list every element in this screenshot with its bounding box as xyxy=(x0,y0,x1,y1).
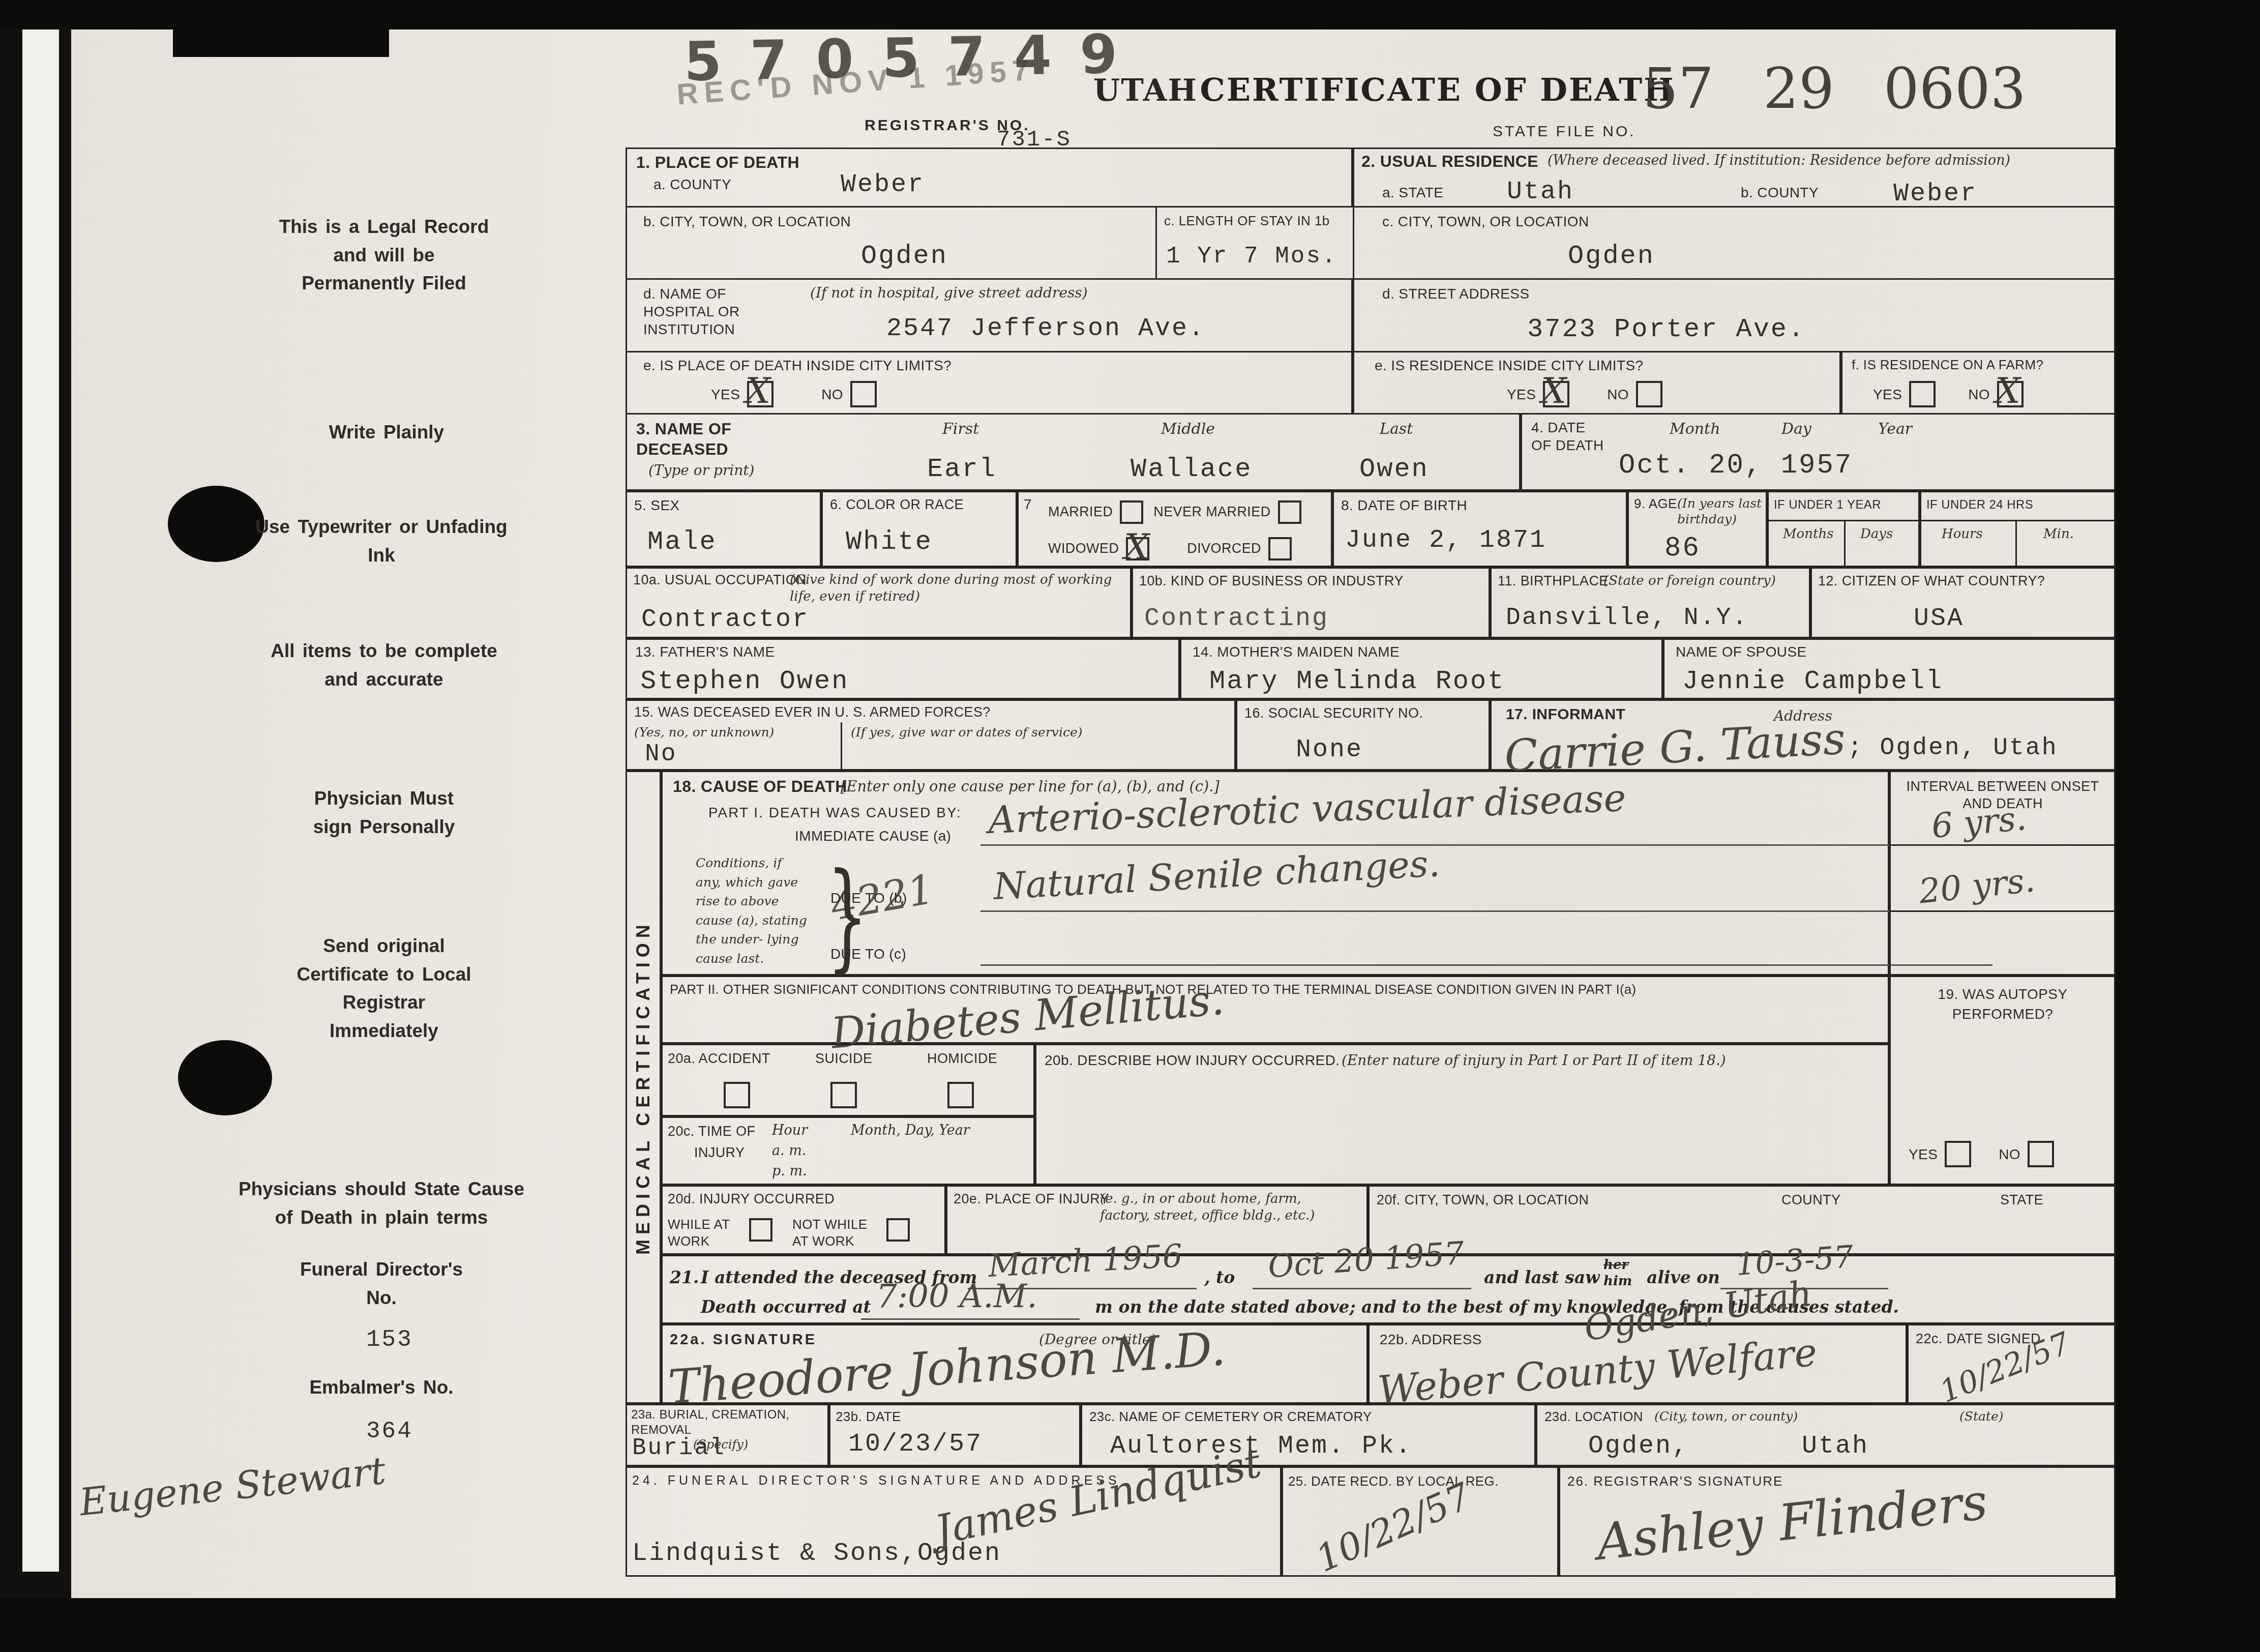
brace-glyph: } xyxy=(827,848,868,984)
mother-label: 14. MOTHER'S MAIDEN NAME xyxy=(1193,643,1400,661)
res-state-label: a. STATE xyxy=(1382,184,1443,201)
informant-address-value: ; Ogden, Utah xyxy=(1848,734,2058,762)
cemetery-label: 23c. NAME OF CEMETERY OR CREMATORY xyxy=(1089,1408,1372,1425)
margin-note-plain-terms: Physicians should State Cause of Death i… xyxy=(229,1175,534,1231)
burial-state-value: Utah xyxy=(1802,1432,1869,1461)
scan-right-band xyxy=(2116,0,2260,1652)
checkbox-pod-limits-no xyxy=(850,381,877,407)
res-limits-label: e. IS RESIDENCE INSIDE CITY LIMITS? xyxy=(1375,357,1644,374)
widowed-label: WIDOWED xyxy=(1048,540,1119,557)
days-label: Days xyxy=(1860,526,1893,543)
punch-hole xyxy=(178,1040,272,1115)
spouse-value: Jennie Campbell xyxy=(1682,666,1943,696)
injury-how-label: 20b. DESCRIBE HOW INJURY OCCURRED. xyxy=(1045,1051,1340,1069)
res-street-label: d. STREET ADDRESS xyxy=(1382,285,1529,303)
date-recd-label: 25. DATE RECD. BY LOCAL REG. xyxy=(1288,1473,1499,1490)
am-label: a. m. xyxy=(772,1142,806,1160)
sex-label: 5. SEX xyxy=(634,496,680,514)
age-label: 9. AGE xyxy=(1634,495,1677,512)
min-label: Min. xyxy=(2043,526,2074,543)
res-state-value: Utah xyxy=(1507,178,1574,206)
residence-title: 2. USUAL RESIDENCE xyxy=(1361,151,1538,171)
form-title-state: UTAH xyxy=(1093,73,1198,108)
death-date-value: Oct. 20, 1957 xyxy=(1619,450,1853,481)
autopsy-yes-label: YES xyxy=(1909,1145,1938,1163)
checkbox-never-married xyxy=(1278,500,1301,524)
attended-num: 21. xyxy=(670,1267,699,1287)
under-24hrs-label: IF UNDER 24 HRS xyxy=(1926,497,2033,513)
birthplace-value: Dansville, N.Y. xyxy=(1506,604,1748,632)
margin-note-physician: Physician Must sign Personally xyxy=(300,784,468,841)
death-year-label: Year xyxy=(1878,420,1912,439)
res-limits-yes-label: YES xyxy=(1507,386,1536,403)
burial-location-note: (City, town, or county) xyxy=(1654,1408,1798,1424)
pod-hospital-note: (If not in hospital, give street address… xyxy=(810,284,1088,302)
marital-num: 7 xyxy=(1024,495,1032,513)
pod-limits-no-label: NO xyxy=(821,386,843,403)
injury-county-label: COUNTY xyxy=(1781,1192,1840,1209)
funeral-director-no-value: 153 xyxy=(366,1326,413,1353)
middle-name-label: Middle xyxy=(1161,420,1215,439)
armed-forces-label: 15. WAS DECEASED EVER IN U. S. ARMED FOR… xyxy=(634,704,991,721)
last-saw-label: and last saw xyxy=(1484,1267,1600,1287)
spouse-label: NAME OF SPOUSE xyxy=(1676,643,1807,661)
checkbox-autopsy-yes xyxy=(1945,1141,1971,1167)
checkbox-suicide xyxy=(830,1082,857,1108)
autopsy-no-label: NO xyxy=(1999,1145,2020,1163)
registrar-signature-label: 26. REGISTRAR'S SIGNATURE xyxy=(1567,1473,1783,1490)
first-name-label: First xyxy=(942,420,979,439)
industry-label: 10b. KIND OF BUSINESS OR INDUSTRY xyxy=(1139,573,1404,590)
checkbox-res-limits-no xyxy=(1636,381,1662,407)
due-to-b-value: Natural Senile changes. xyxy=(992,842,1441,908)
embalmer-no-value: 364 xyxy=(366,1418,413,1444)
death-occurred-label: Death occurred at xyxy=(701,1297,871,1317)
hour-label: Hour xyxy=(772,1122,808,1139)
mother-value: Mary Melinda Root xyxy=(1209,666,1505,696)
race-value: White xyxy=(846,527,933,557)
checkmark: X xyxy=(1124,526,1149,568)
citizen-value: USA xyxy=(1914,604,1964,633)
injury-place-label: 20e. PLACE OF INJURY xyxy=(954,1191,1109,1208)
res-county-value: Weber xyxy=(1893,180,1977,209)
res-city-value: Ogden xyxy=(1568,241,1655,271)
margin-note-complete: All items to be complete and accurate xyxy=(270,637,498,693)
checkbox-widowed: X xyxy=(1126,537,1149,560)
conditions-note: Conditions, if any, which gave rise to a… xyxy=(696,853,810,968)
form-title: CERTIFICATE OF DEATH xyxy=(1200,71,1675,108)
place-of-death-title: 1. PLACE OF DEATH xyxy=(636,152,799,172)
burial-location-label: 23d. LOCATION xyxy=(1544,1408,1643,1425)
alive-on-label: alive on xyxy=(1647,1267,1720,1287)
middle-name-value: Wallace xyxy=(1131,454,1252,484)
deceased-name-label: 3. NAME OF DECEASED xyxy=(636,419,768,459)
cause-of-death-title: 18. CAUSE OF DEATH xyxy=(673,776,847,796)
sex-value: Male xyxy=(647,527,717,557)
last-name-label: Last xyxy=(1380,420,1413,439)
months-label: Months xyxy=(1783,526,1834,543)
burial-state-note: (State) xyxy=(1959,1408,2003,1424)
pod-stay-label: c. LENGTH OF STAY IN 1b xyxy=(1164,213,1330,229)
injury-time-label2: INJURY xyxy=(694,1144,745,1162)
occupation-label: 10a. USUAL OCCUPATION xyxy=(633,572,807,589)
last-name-value: Owen xyxy=(1359,454,1429,484)
autopsy-label: 19. WAS AUTOPSY PERFORMED? xyxy=(1901,984,2104,1024)
death-date-label: 4. DATE OF DEATH xyxy=(1531,419,1608,454)
margin-note-send-original: Send original Certificate to Local Regis… xyxy=(295,932,473,1045)
funeral-director-no-label: Funeral Director's No. xyxy=(285,1255,478,1312)
res-limits-no-label: NO xyxy=(1607,386,1629,403)
occupation-value: Contractor xyxy=(641,605,809,634)
homicide-label: HOMICIDE xyxy=(927,1050,997,1068)
never-married-label: NEVER MARRIED xyxy=(1153,504,1270,521)
death-time-value: 7:00 A.M. xyxy=(876,1278,1037,1315)
injury-place-note: (e. g., in or about home, farm, factory,… xyxy=(1100,1191,1354,1224)
suicide-label: SUICIDE xyxy=(815,1050,872,1068)
month-day-year-label: Month, Day, Year xyxy=(851,1122,970,1139)
burial-city-value: Ogden, xyxy=(1588,1432,1689,1461)
age-value: 86 xyxy=(1664,533,1701,564)
stamp-number: 5705749 xyxy=(683,22,1146,93)
occupation-note: (Give kind of work done during most of w… xyxy=(790,572,1120,605)
part2-label: PART II. OTHER SIGNIFICANT CONDITIONS CO… xyxy=(670,981,1880,998)
residence-title-note: (Where deceased lived. If institution: R… xyxy=(1548,152,2107,169)
injury-time-label: 20c. TIME OF xyxy=(668,1123,755,1140)
burial-value: Burial xyxy=(632,1435,726,1461)
injury-state-label: STATE xyxy=(2000,1192,2043,1209)
cemetery-value: Aultorest Mem. Pk. xyxy=(1110,1432,1412,1461)
death-day-label: Day xyxy=(1781,420,1811,439)
pod-limits-label: e. IS PLACE OF DEATH INSIDE CITY LIMITS? xyxy=(643,357,951,374)
attended-to-label: , to xyxy=(1204,1267,1235,1287)
her-word: her xyxy=(1603,1257,1628,1273)
embalmer-no-label: Embalmer's No. xyxy=(280,1373,483,1402)
checkbox-autopsy-no xyxy=(2028,1141,2054,1167)
age-note: (In years last birthday) xyxy=(1677,495,1764,527)
scanner-paper-edge xyxy=(22,29,59,1572)
birthplace-label: 11. BIRTHPLACE xyxy=(1498,573,1609,590)
armed-forces-note1: (Yes, no, or unknown) xyxy=(634,724,774,740)
armed-forces-value: No xyxy=(645,741,677,768)
armed-forces-note2: (If yes, give war or dates of service) xyxy=(851,724,1083,740)
birthplace-note: (State or foreign country) xyxy=(1603,573,1776,589)
injury-city-label: 20f. CITY, TOWN, OR LOCATION xyxy=(1377,1192,1589,1209)
checkbox-res-farm-no: X xyxy=(1997,381,2024,407)
pod-stay-value: 1 Yr 7 Mos. xyxy=(1166,243,1337,270)
hours-label: Hours xyxy=(1942,526,1983,543)
due-to-c-label: DUE TO (c) xyxy=(830,945,906,963)
res-farm-no-label: NO xyxy=(1968,386,1990,403)
checkbox-res-farm-yes xyxy=(1909,381,1936,407)
while-at-work-label: WHILE AT WORK xyxy=(668,1216,749,1249)
checkmark: X xyxy=(745,370,770,411)
industry-value: Contracting xyxy=(1144,604,1329,633)
father-label: 13. FATHER'S NAME xyxy=(635,643,775,661)
res-street-value: 3723 Porter Ave. xyxy=(1527,314,1805,344)
margin-note-write-plainly: Write Plainly xyxy=(264,418,509,447)
burial-date-value: 10/23/57 xyxy=(848,1430,983,1459)
pod-hospital-label: d. NAME OF HOSPITAL OR INSTITUTION xyxy=(643,285,796,338)
him-word: him xyxy=(1603,1274,1632,1289)
res-city-label: c. CITY, TOWN, OR LOCATION xyxy=(1382,213,1589,230)
immediate-cause-label: IMMEDIATE CAUSE (a) xyxy=(795,827,951,845)
deceased-name-note: (Type or print) xyxy=(648,461,754,479)
pod-city-label: b. CITY, TOWN, OR LOCATION xyxy=(643,213,851,230)
burial-label: 23a. BURIAL, CREMATION, REMOVAL xyxy=(631,1407,799,1438)
scan-bottom-band xyxy=(0,1598,2260,1652)
checkbox-res-limits-yes: X xyxy=(1543,381,1569,407)
accident-label: 20a. ACCIDENT xyxy=(668,1050,770,1068)
res-farm-yes-label: YES xyxy=(1873,386,1902,403)
ssn-label: 16. SOCIAL SECURITY NO. xyxy=(1244,705,1423,722)
pm-label: p. m. xyxy=(772,1163,807,1180)
father-value: Stephen Owen xyxy=(640,666,849,696)
res-county-label: b. COUNTY xyxy=(1741,184,1819,201)
scanned-death-certificate: This is a Legal Record and will be Perma… xyxy=(0,0,2260,1652)
checkbox-not-while-at-work xyxy=(886,1218,910,1242)
citizen-label: 12. CITIZEN OF WHAT COUNTRY? xyxy=(1818,573,2045,590)
interval-b-value: 20 yrs. xyxy=(1917,860,2037,911)
state-file-no-label: STATE FILE NO. xyxy=(1493,122,1636,141)
race-label: 6. COLOR OR RACE xyxy=(830,496,964,514)
physician-signature-label: 22a. SIGNATURE xyxy=(670,1331,817,1349)
ssn-value: None xyxy=(1296,735,1363,764)
interval-a-value: 6 yrs. xyxy=(1930,799,2028,846)
injury-occurred-label: 20d. INJURY OCCURRED xyxy=(668,1191,835,1208)
not-while-at-work-label: NOT WHILE AT WORK xyxy=(792,1216,879,1249)
informant-label: 17. INFORMANT xyxy=(1506,705,1625,724)
under-one-year-label: IF UNDER 1 YEAR xyxy=(1774,497,1881,513)
medical-certification-vertical-label: MEDICAL CERTIFICATION xyxy=(627,772,660,1402)
margin-note-legal-record: This is a Legal Record and will be Perma… xyxy=(275,213,493,298)
injury-how-note: (Enter nature of injury in Part I or Par… xyxy=(1342,1051,1726,1069)
first-name-value: Earl xyxy=(927,454,997,484)
pod-hospital-value: 2547 Jefferson Ave. xyxy=(886,314,1205,343)
birth-date-value: June 2, 1871 xyxy=(1345,526,1547,555)
death-month-label: Month xyxy=(1670,420,1720,439)
divorced-label: DIVORCED xyxy=(1187,540,1261,557)
margin-note-typewriter: Use Typewriter or Unfading Ink xyxy=(239,513,524,569)
checkbox-accident xyxy=(724,1082,750,1108)
checkbox-married xyxy=(1120,500,1143,524)
pod-county-label: a. COUNTY xyxy=(653,175,731,193)
checkmark: X xyxy=(1995,370,2020,411)
pod-county-value: Weber xyxy=(841,170,925,199)
physician-address-label: 22b. ADDRESS xyxy=(1380,1331,1482,1348)
due-to-b-label: DUE TO (b) xyxy=(830,889,907,907)
birth-date-label: 8. DATE OF BIRTH xyxy=(1341,496,1467,514)
checkbox-homicide xyxy=(947,1082,974,1108)
pod-city-value: Ogden xyxy=(861,241,948,271)
checkmark: X xyxy=(1541,370,1566,411)
part1-label: PART I. DEATH WAS CAUSED BY: xyxy=(708,804,962,821)
checkbox-pod-limits-yes: X xyxy=(747,381,774,407)
pod-limits-yes-label: YES xyxy=(711,386,740,403)
checkbox-while-at-work xyxy=(749,1218,772,1242)
married-label: MARRIED xyxy=(1048,504,1113,521)
burial-date-label: 23b. DATE xyxy=(836,1408,901,1425)
checkbox-divorced xyxy=(1268,537,1292,560)
date-recd-value: 10/22/57 xyxy=(1310,1474,1477,1580)
state-file-no-value: 57 29 0603 xyxy=(1643,56,2026,121)
